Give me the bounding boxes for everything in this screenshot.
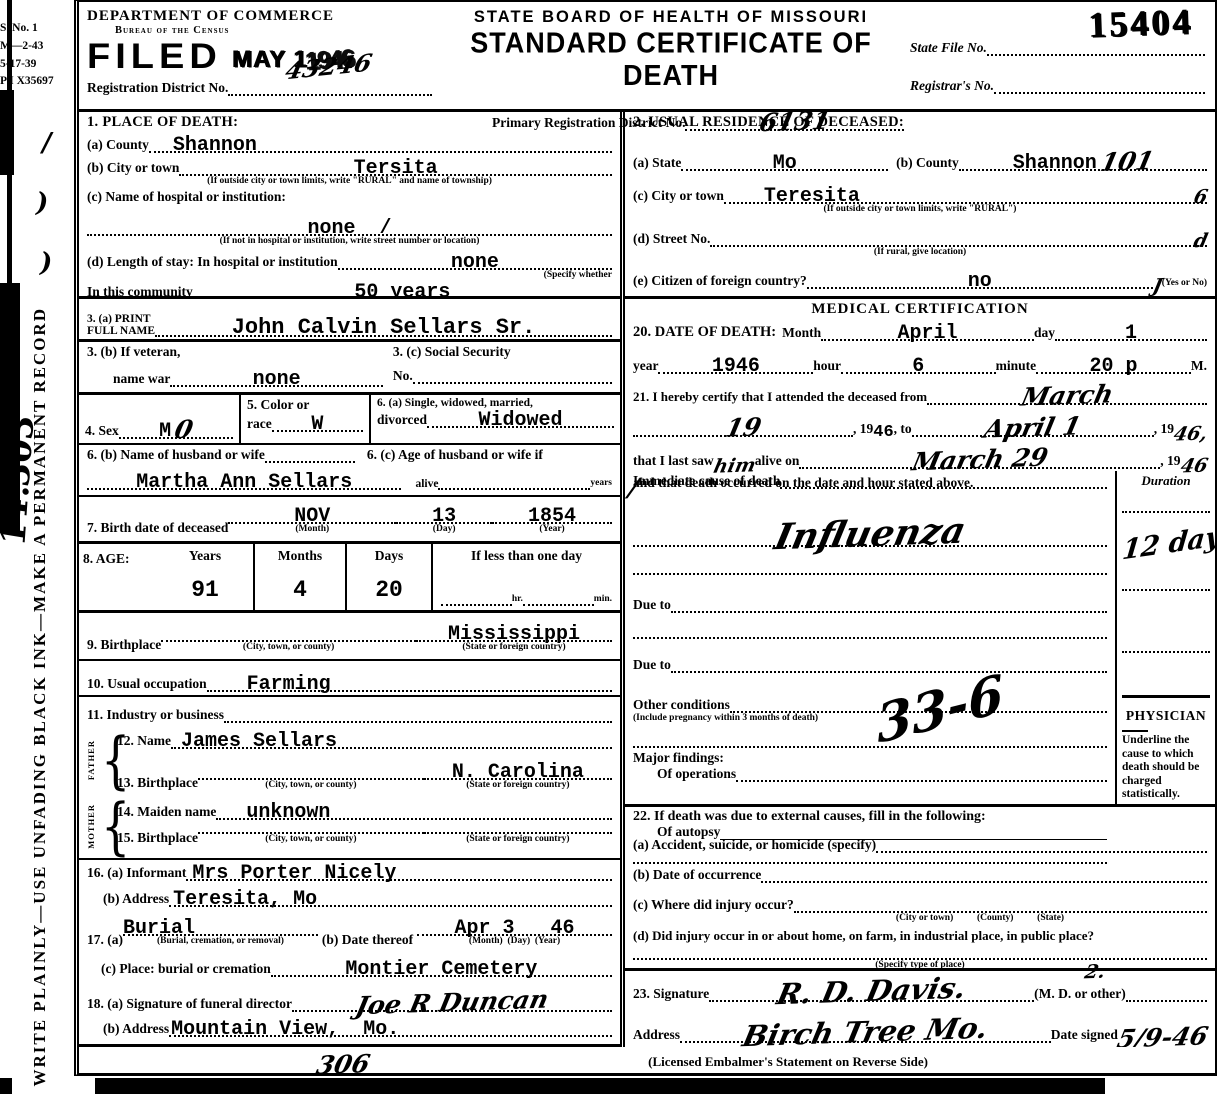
certify-from-day: 19 xyxy=(723,417,762,438)
scan-blotch-artifact xyxy=(0,90,14,175)
birthplace-state-line: Mississippi xyxy=(416,623,612,642)
age-days-value: 20 xyxy=(351,581,427,601)
father-name-value: James Sellars xyxy=(181,733,337,750)
race-line: W xyxy=(272,413,363,432)
registration-district-row: Registration District No. xyxy=(87,80,432,96)
section-birth-date: 7. Birth date of deceased NOV (Month) 13… xyxy=(79,497,620,543)
residence-title: 2. USUAL RESIDENCE OF DECEASED: xyxy=(633,114,1207,131)
father-name-row: 12. Name James Sellars xyxy=(117,730,612,749)
informant-value: Mrs Porter Nicely xyxy=(192,865,396,882)
ssn-line xyxy=(413,382,612,384)
spouse-age-label-2: alive xyxy=(415,478,438,490)
hospital-value-row: none / xyxy=(87,217,612,236)
signature-address-line: Birch Tree Mo. xyxy=(680,1016,1051,1043)
residence-state-value: Mo xyxy=(773,152,797,175)
dod-row-2: year 1946 hour 6 minute 20 p M. xyxy=(633,355,1207,374)
community-label: In this community xyxy=(87,284,193,298)
external-b-line xyxy=(761,881,1207,883)
section-mother: MOTHER 14. Maiden name unknown 15. Birth… xyxy=(79,795,620,860)
father-side-label-wrap: FATHER xyxy=(81,726,101,795)
certificate-title: STANDARD CERTIFICATE OF DEATH xyxy=(432,27,910,92)
external-b-row: (b) Date of occurrence xyxy=(633,867,1207,883)
ssn-cell: 3. (c) Social Security No. xyxy=(393,344,612,390)
occupation-line: Farming xyxy=(207,673,612,692)
spouse-value: Martha Ann Sellars xyxy=(136,471,352,494)
birthdate-year-cell: 1854 (Year) xyxy=(492,505,612,535)
operations-row: Of operations xyxy=(633,766,1107,782)
age-min-line xyxy=(523,604,594,606)
residence-citizen-note: (Yes or No) xyxy=(1162,278,1207,289)
full-name-value: John Calvin Sellars Sr. xyxy=(232,315,536,340)
physician-address: Birch Tree Mo. xyxy=(741,1017,990,1047)
dod-minute-line: 20 p xyxy=(1036,355,1191,374)
age-grid: 8. AGE: Years 91 Months 4 Days 20 xyxy=(79,544,620,610)
external-d-label: (d) Did injury occur in or about home, o… xyxy=(633,928,1207,944)
immediate-cause-line-1 xyxy=(780,487,1107,489)
marital-value: Widowed xyxy=(478,409,562,432)
dod-day-value: 1 xyxy=(1125,322,1137,345)
external-c-label: (c) Where did injury occur? xyxy=(633,897,794,913)
registrar-sig-line: Mabel Rollins xyxy=(335,1046,592,1047)
veteran-value: none xyxy=(253,368,301,391)
header-right: 15404 State File No. Registrar's No. xyxy=(910,8,1205,109)
mother-name-row: 14. Maiden name unknown xyxy=(117,801,612,820)
mother-name-label: 14. Maiden name xyxy=(117,804,216,820)
city-row: (b) City or town Tersita xyxy=(87,157,612,176)
age-months-value: 4 xyxy=(259,581,341,601)
medical-certification-title: MEDICAL CERTIFICATION xyxy=(633,301,1207,318)
dod-month-value: April xyxy=(898,322,958,345)
certify-from-line: March xyxy=(927,381,1207,405)
findings-pen-scribble: 33-6 xyxy=(875,663,1006,756)
section-full-name: 3. (a) PRINT FULL NAME John Calvin Sella… xyxy=(79,299,620,342)
section-funeral-director: 18. (a) Signature of funeral director Jo… xyxy=(79,986,620,1040)
birthdate-day-line: 13 xyxy=(396,505,492,524)
mother-fields: 14. Maiden name unknown 15. Birthplace (… xyxy=(117,795,612,858)
sex-race-marital-row: 4. Sex M 0 5. Color or race W 6. (a) Sin… xyxy=(79,395,620,443)
certify-19a: , 19 xyxy=(853,421,873,437)
certificate-columns: 1. PLACE OF DEATH: (a) County Shannon (b… xyxy=(79,112,1215,1047)
age-hr-label: hr. xyxy=(512,594,523,605)
external-d-note: (Specify type of place) xyxy=(633,960,1207,971)
mother-birthplace-city-note: (City, town, or county) xyxy=(198,834,424,845)
veteran-cell: 3. (b) If veteran, name war none xyxy=(87,344,393,390)
burial-type-cell: Burial (Burial, cremation, or removal) xyxy=(123,917,318,947)
registration-district-label: Registration District No. xyxy=(87,80,228,96)
sex-label: 4. Sex xyxy=(85,423,119,439)
bureau-subtitle: Bureau of the Census xyxy=(115,25,432,36)
residence-citizen-value: no xyxy=(968,270,992,293)
mother-birthplace-state-cell: (State or foreign country) xyxy=(424,832,612,845)
immediate-cause-line-3 xyxy=(633,573,1107,575)
ssn-label-1: 3. (c) Social Security xyxy=(393,344,612,360)
age-years-value: 91 xyxy=(161,581,249,601)
mother-birthplace-state-note: (State or foreign country) xyxy=(424,834,612,845)
physician-title: PHYSICIAN xyxy=(1122,708,1210,724)
registration-district-line xyxy=(228,94,432,96)
state-file-label: State File No. xyxy=(910,40,987,56)
external-a-label: (a) Accident, suicide, or homicide (spec… xyxy=(633,837,876,853)
age-months-cell: Months 4 xyxy=(253,544,345,610)
registrar-row: 19. (a) (Date received local registrar) … xyxy=(87,1046,612,1047)
community-value: 50 years xyxy=(354,281,450,298)
father-birthplace-state-cell: N. Carolina (State or foreign country) xyxy=(424,761,612,791)
age-less-cell: If less than one day hr. min. xyxy=(431,544,620,610)
mother-side-label-wrap: MOTHER xyxy=(81,795,101,858)
hospital-line: none / xyxy=(87,217,612,236)
certify-to-value: April 1 xyxy=(983,416,1083,439)
left-column: 1. PLACE OF DEATH: (a) County Shannon (b… xyxy=(79,112,625,1047)
signature-line: R. D. Davis. xyxy=(709,975,1034,1002)
due-to-line-2 xyxy=(671,671,1107,673)
section-external-causes: 22. If death was due to external causes,… xyxy=(625,807,1215,971)
certificate-body: DEPARTMENT OF COMMERCE Bureau of the Cen… xyxy=(74,0,1217,1076)
father-brace xyxy=(101,726,117,795)
signature-label: 23. Signature xyxy=(633,986,709,1002)
other-conditions-row: Other conditions xyxy=(633,697,1107,713)
sex-pen-mark: 0 xyxy=(173,419,195,440)
residence-citizen-pen-mark: J xyxy=(1151,279,1163,294)
veteran-line: none xyxy=(170,368,382,387)
informant-label: 16. (a) Informant xyxy=(87,865,186,881)
mother-birthplace-row: 15. Birthplace (City, town, or county) (… xyxy=(117,830,612,846)
medical-certification-heading-wrap: MEDICAL CERTIFICATION xyxy=(625,299,1215,320)
county-row: (a) County Shannon xyxy=(87,134,612,153)
race-label-2: race xyxy=(247,416,272,432)
state-file-line xyxy=(987,54,1205,56)
burial-type-line: Burial xyxy=(123,917,318,936)
duration-line xyxy=(1122,495,1210,513)
scan-bottom-bar-artifact xyxy=(95,1078,1105,1094)
dod-row-1: 20. DATE OF DEATH: Month April day 1 xyxy=(633,322,1207,341)
ssn-label-2: No. xyxy=(393,368,413,384)
signature-pen-mark: 2. xyxy=(1083,965,1106,981)
certify-19b: , 19 xyxy=(1154,421,1174,437)
signature-address-row: Address Birch Tree Mo. Date signed 5/9-4… xyxy=(633,1016,1207,1043)
funeral-signature-line: Joe R Duncan xyxy=(292,988,612,1012)
veteran-label-1: 3. (b) If veteran, xyxy=(87,344,383,360)
other-conditions-note: (Include pregnancy within 3 months of de… xyxy=(633,713,1107,724)
other-conditions-label: Other conditions xyxy=(633,697,730,713)
duration-physician-column: Duration 12 days PHYSICIAN Underline the… xyxy=(1115,471,1215,804)
occupation-value: Farming xyxy=(247,676,331,693)
certify-last-alive: March 29 xyxy=(910,448,1049,473)
registrar-number-row: Registrar's No. xyxy=(910,78,1205,94)
dod-minute-label: minute xyxy=(996,358,1037,374)
duration-line-2 xyxy=(1122,573,1210,591)
scan-blotch-artifact xyxy=(0,283,20,533)
external-a-line xyxy=(876,851,1207,853)
dod-year-label: year xyxy=(633,358,658,374)
date-signed-label: Date signed xyxy=(1051,1027,1118,1043)
certify-text-2a: that I last saw xyxy=(633,453,714,469)
cause-of-death-block: Immediate cause of death Influenza Due t… xyxy=(625,471,1215,807)
external-title: 22. If death was due to external causes,… xyxy=(633,809,1207,825)
due-to-row-1: Due to xyxy=(633,597,1107,613)
header-center: STATE BOARD OF HEALTH OF MISSOURI STANDA… xyxy=(432,8,910,109)
section-usual-residence: 2. USUAL RESIDENCE OF DECEASED: (a) Stat… xyxy=(625,112,1215,299)
industry-line xyxy=(224,721,612,723)
funeral-address-value: Mountain View, Mo. xyxy=(171,1021,399,1038)
age-less-label: If less than one day xyxy=(441,548,612,564)
write-plainly-instruction: WRITE PLAINLY—USE UNFADING BLACK INK—MAK… xyxy=(30,307,50,1086)
residence-county-value: Shannon xyxy=(1013,152,1097,175)
residence-city-note: (If outside city or town limits, write "… xyxy=(633,204,1207,215)
immediate-cause-value-row: Influenza xyxy=(633,515,1107,547)
father-birthplace-value: N. Carolina xyxy=(452,761,584,784)
residence-city-label: (c) City or town xyxy=(633,188,724,204)
birthdate-row: 7. Birth date of deceased NOV (Month) 13… xyxy=(87,505,612,535)
residence-city-row: (c) City or town Teresita6 xyxy=(633,185,1207,204)
dod-hour-label: hour xyxy=(813,358,841,374)
registrar-sig-cell: Mabel Rollins (Registrar's signature) xyxy=(335,1046,592,1047)
funeral-address-row: (b) Address Mountain View, Mo. xyxy=(87,1018,612,1037)
community-line: 50 years xyxy=(193,281,612,298)
informant-line: Mrs Porter Nicely xyxy=(186,862,612,881)
residence-citizen-line: no xyxy=(807,270,1153,289)
birthplace-city-cell: (City, town, or county) xyxy=(161,640,416,653)
age-days-cell: Days 20 xyxy=(345,544,431,610)
scan-corner-artifact xyxy=(0,1078,12,1094)
residence-county-line: Shannon 101 xyxy=(959,147,1207,171)
physician-note: Underline the cause to which death shoul… xyxy=(1122,734,1210,802)
stay-value: none xyxy=(451,251,499,274)
dod-month-line: April xyxy=(821,322,1034,341)
race-value: W xyxy=(311,413,323,436)
section-place-of-death: 1. PLACE OF DEATH: (a) County Shannon (b… xyxy=(79,112,620,299)
immediate-cause-blank-row xyxy=(633,573,1107,575)
informant-row: 16. (a) Informant Mrs Porter Nicely xyxy=(87,862,612,881)
burial-date-line: Apr 3 46 xyxy=(417,917,612,936)
burial-label: 17. (a) xyxy=(87,932,123,948)
occupation-label: 10. Usual occupation xyxy=(87,676,207,692)
city-value: Tersita xyxy=(354,157,438,180)
spouse-line: Martha Ann Sellars xyxy=(87,471,401,490)
signature-note: (M. D. or other) xyxy=(1034,986,1126,1002)
county-label: (a) County xyxy=(87,137,149,153)
burial-place-label: (c) Place: burial or cremation xyxy=(101,961,271,977)
certify-to-year: 46, xyxy=(1172,426,1209,442)
birthplace-label: 9. Birthplace xyxy=(87,637,161,653)
due-to-blank-row-1 xyxy=(633,637,1107,639)
dod-hour-line: 6 xyxy=(841,355,996,374)
board-title: STATE BOARD OF HEALTH OF MISSOURI xyxy=(432,8,910,27)
footer-pen-number: 306 xyxy=(315,1054,372,1076)
sex-value: M xyxy=(159,420,171,443)
marital-cell: 6. (a) Single, widowed, married, divorce… xyxy=(369,395,620,443)
full-name-row: 3. (a) PRINT FULL NAME John Calvin Sella… xyxy=(87,301,612,337)
section-spouse: 6. (b) Name of husband or wife 6. (c) Ag… xyxy=(79,445,620,498)
residence-state-county-row: (a) State Mo (b) County Shannon 101 xyxy=(633,147,1207,171)
section-date-of-death: 20. DATE OF DEATH: Month April day 1 yea… xyxy=(625,320,1215,379)
section-local-registrar: 19. (a) (Date received local registrar) … xyxy=(79,1040,620,1047)
spouse-age-line xyxy=(438,488,590,490)
marital-line: Widowed xyxy=(427,409,614,428)
certify-to-label: , to xyxy=(894,421,912,437)
certificate-header: DEPARTMENT OF COMMERCE Bureau of the Cen… xyxy=(79,2,1215,112)
department-title: DEPARTMENT OF COMMERCE xyxy=(87,8,432,25)
sex-line: M 0 xyxy=(119,415,233,439)
certify-row-2: 19 , 19 46 , to April 1 , 19 46, xyxy=(633,413,1207,437)
section-age: 8. AGE: Years 91 Months 4 Days 20 xyxy=(79,544,620,613)
father-birthplace-city-note: (City, town, or county) xyxy=(198,780,424,791)
father-fields: 12. Name James Sellars 13. Birthplace (C… xyxy=(117,726,612,795)
signature-address-label: Address xyxy=(633,1027,680,1043)
veteran-label-2: name war xyxy=(113,371,170,387)
header-left: DEPARTMENT OF COMMERCE Bureau of the Cen… xyxy=(87,8,432,109)
right-column: 2. USUAL RESIDENCE OF DECEASED: (a) Stat… xyxy=(625,112,1215,1047)
cause-main: Immediate cause of death Influenza Due t… xyxy=(625,471,1115,804)
signature-note-line xyxy=(1126,1000,1207,1002)
immediate-cause-line-2: Influenza xyxy=(633,515,1107,547)
section-birthplace: 9. Birthplace (City, town, or county) Mi… xyxy=(79,613,620,661)
father-birthplace-state-line: N. Carolina xyxy=(424,761,612,780)
dod-minute-suffix: M. xyxy=(1191,358,1207,374)
residence-citizen-label: (e) Citizen of foreign country? xyxy=(633,273,807,289)
burial-date-value: Apr 3 46 xyxy=(455,917,575,940)
mother-block: MOTHER 14. Maiden name unknown 15. Birth… xyxy=(81,795,612,858)
dod-month-label: Month xyxy=(782,325,821,341)
mother-side-label: MOTHER xyxy=(86,804,96,849)
full-name-label-1: 3. (a) PRINT xyxy=(87,313,155,325)
birthplace-state-cell: Mississippi (State or foreign country) xyxy=(416,623,612,653)
immediate-cause-label: Immediate cause of death xyxy=(633,473,780,489)
duration-line-3 xyxy=(1122,635,1210,653)
certify-text-1: 21. I hereby certify that I attended the… xyxy=(633,389,927,405)
birthdate-year-line: 1854 xyxy=(492,505,612,524)
section-occupation: 10. Usual occupation Farming xyxy=(79,661,620,698)
certify-last-alive-line: March 29 xyxy=(799,445,1160,469)
birthdate-label: 7. Birth date of deceased xyxy=(87,520,228,536)
stay-label: (d) Length of stay: In hospital or insti… xyxy=(87,254,338,270)
industry-row: 11. Industry or business xyxy=(87,707,612,723)
other-conditions-blank-row xyxy=(633,746,1107,748)
certify-to-line: April 1 xyxy=(912,413,1154,437)
father-name-line: James Sellars xyxy=(171,730,612,749)
margin-pen-mark: ) xyxy=(40,248,52,278)
death-certificate-scan: S. No. 1 M—2-43 5-17-39 P I X35697 / ) )… xyxy=(0,0,1217,1094)
certify-from-month: March xyxy=(1019,384,1114,407)
residence-city-line: Teresita6 xyxy=(724,185,1207,204)
registrar-number-line xyxy=(994,92,1205,94)
certify-19c: , 19 xyxy=(1160,453,1180,469)
burial-type-value: Burial xyxy=(123,920,195,937)
external-a-row: (a) Accident, suicide, or homicide (spec… xyxy=(633,837,1207,853)
informant-address-row: (b) Address Teresita, Mo xyxy=(87,888,612,907)
certify-from-year: 46 xyxy=(873,426,893,440)
birthplace-row: 9. Birthplace (City, town, or county) Mi… xyxy=(87,623,612,653)
marital-label-2: divorced xyxy=(377,412,427,428)
birthdate-month-value: NOV xyxy=(294,505,330,528)
dod-year-value: 1946 xyxy=(712,355,760,378)
dod-label: 20. DATE OF DEATH: xyxy=(633,324,776,341)
residence-city-value: Teresita xyxy=(764,188,860,205)
age-label-cell: 8. AGE: xyxy=(79,544,157,610)
residence-street-row: (d) Street No. d xyxy=(633,229,1207,246)
city-line: Tersita xyxy=(179,157,612,176)
age-hr-line xyxy=(441,604,512,606)
duration-value: 12 days xyxy=(1121,528,1210,562)
mother-birthplace-city-cell: (City, town, or county) xyxy=(198,832,424,845)
funeral-address-label: (b) Address xyxy=(103,1021,169,1037)
veteran-value-row: name war none xyxy=(87,368,383,387)
residence-county-pen-mark: 101 xyxy=(1098,151,1155,173)
immediate-cause-row: Immediate cause of death xyxy=(633,473,1107,489)
spouse-label-line xyxy=(265,447,355,463)
age-label: 8. AGE: xyxy=(83,551,130,566)
birthplace-value: Mississippi xyxy=(448,623,580,646)
burial-place-row: (c) Place: burial or cremation Montier C… xyxy=(87,958,612,977)
due-to-row-2: Due to xyxy=(633,657,1107,673)
spouse-age-note: years xyxy=(590,478,612,489)
residence-street-label: (d) Street No. xyxy=(633,231,710,247)
hospital-label-row: (c) Name of hospital or institution: xyxy=(87,189,612,205)
father-side-label: FATHER xyxy=(86,740,96,780)
burial-place-value: Montier Cemetery xyxy=(345,958,537,981)
hospital-label: (c) Name of hospital or institution: xyxy=(87,189,286,205)
burial-date-cell: Apr 3 46 (Month) (Day) (Year) xyxy=(417,917,612,947)
residence-county-label: (b) County xyxy=(896,155,959,171)
veteran-ssn-row: 3. (b) If veteran, name war none 3. (c) … xyxy=(87,344,612,390)
certificate-footer: 306 (Licensed Embalmer's Statement on Re… xyxy=(79,1047,1215,1073)
age-years-label: Years xyxy=(161,548,249,564)
stay-note: (Specify whether xyxy=(87,270,612,281)
section-sex-race-marital: 4. Sex M 0 5. Color or race W 6. (a) Sin… xyxy=(79,395,620,445)
age-days-label: Days xyxy=(351,548,427,564)
race-cell: 5. Color or race W xyxy=(239,395,369,443)
date-signed-value: 5/9-46 xyxy=(1115,1026,1209,1047)
burial-place-line: Montier Cemetery xyxy=(271,958,612,977)
full-name-line: John Calvin Sellars Sr. xyxy=(155,316,612,337)
spouse-age-row: alive years xyxy=(415,471,612,490)
spouse-label: 6. (b) Name of husband or wife xyxy=(87,447,265,463)
funeral-address-line: Mountain View, Mo. xyxy=(169,1018,612,1037)
immediate-cause-value: Influenza xyxy=(772,517,968,552)
operations-label: Of operations xyxy=(657,766,736,782)
marital-value-row: divorced Widowed xyxy=(377,409,614,428)
funeral-signature-row: 18. (a) Signature of funeral director Jo… xyxy=(87,988,612,1012)
stay-line: none xyxy=(338,251,612,270)
residence-state-label: (a) State xyxy=(633,155,681,171)
father-block: FATHER 12. Name James Sellars 13. Birthp… xyxy=(81,726,612,795)
margin-pen-mark: ) xyxy=(36,188,48,218)
hospital-value: none / xyxy=(307,217,391,240)
age-years-cell: Years 91 xyxy=(157,544,253,610)
section-burial: 17. (a) Burial (Burial, cremation, or re… xyxy=(79,915,620,986)
certify-from-day-line: 19 xyxy=(633,413,853,437)
spouse-value-row: Martha Ann Sellars alive years xyxy=(87,471,612,490)
full-name-label-2: FULL NAME xyxy=(87,325,155,337)
marital-label-1: 6. (a) Single, widowed, married, xyxy=(377,397,614,409)
physician-dash xyxy=(1122,730,1148,732)
informant-address-label: (b) Address xyxy=(103,891,169,907)
filed-stamp: FILED xyxy=(87,40,222,75)
birthdate-month-cell: NOV (Month) xyxy=(228,505,396,535)
spouse-age-label-1: 6. (c) Age of husband or wife if xyxy=(367,447,543,463)
city-label: (b) City or town xyxy=(87,160,179,176)
dod-year-line: 1946 xyxy=(658,355,813,374)
burial-date-label: (b) Date thereof xyxy=(322,932,413,948)
certify-last-alive-year: 46 xyxy=(1179,458,1209,474)
due-to-line-1b xyxy=(633,637,1107,639)
due-to-label-1: Due to xyxy=(633,597,671,613)
dod-day-label: day xyxy=(1034,325,1055,341)
industry-label: 11. Industry or business xyxy=(87,707,224,723)
other-conditions-line-2 xyxy=(633,746,1107,748)
state-file-number-stamp: 15404 xyxy=(1087,0,1193,46)
community-row: In this community 50 years xyxy=(87,281,612,298)
section-physician-signature: 2. 23. Signature R. D. Davis. (M. D. or … xyxy=(625,971,1215,1047)
